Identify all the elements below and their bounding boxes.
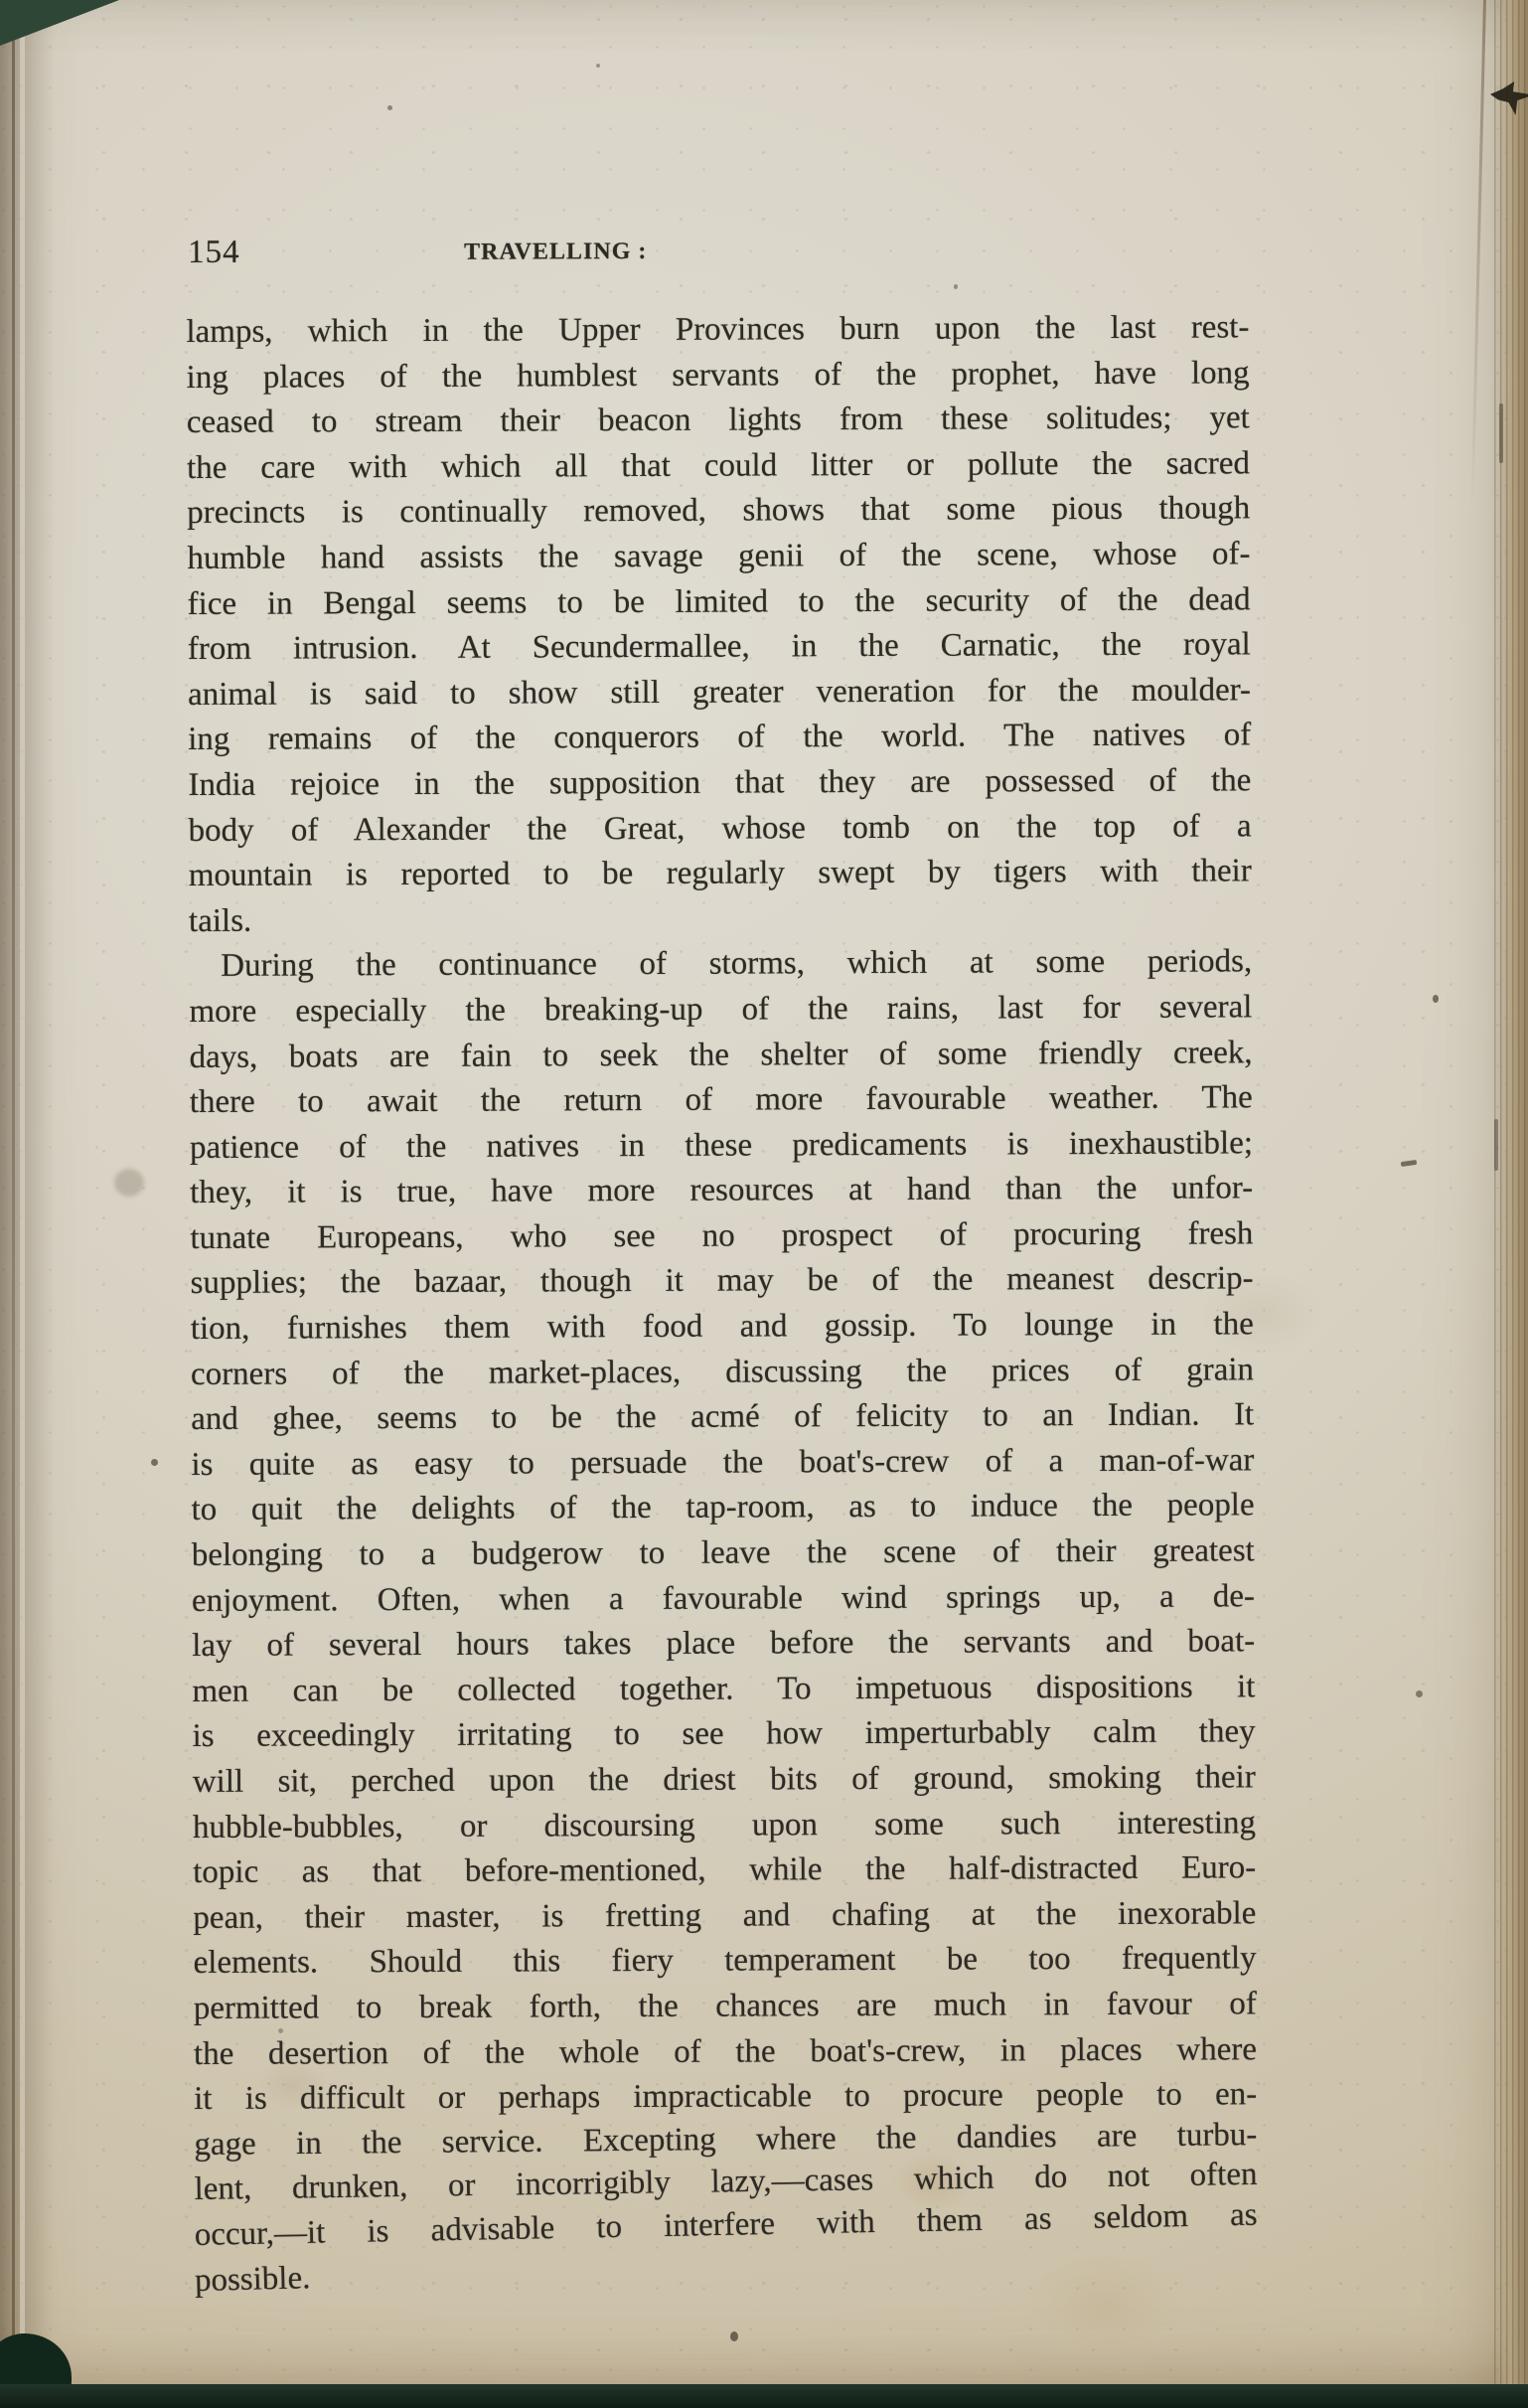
text-line: tails.	[189, 894, 1252, 944]
text-line: fice in Bengal seems to be limited to th…	[188, 577, 1251, 627]
text-line: is exceedingly irritating to see how imp…	[192, 1710, 1255, 1760]
text-line: enjoyment. Often, when a favourable wind…	[192, 1574, 1255, 1624]
text-line: patience of the natives in these predica…	[190, 1121, 1253, 1171]
text-line: tunate Europeans, who see no prospect of…	[190, 1211, 1253, 1261]
paper-speck	[1416, 1690, 1423, 1697]
text-line: ing places of the humblest servants of t…	[187, 351, 1250, 401]
page-number: 154	[188, 235, 240, 271]
left-crease-highlight	[20, 0, 25, 2399]
text-line: the care with which all that could litte…	[187, 441, 1250, 491]
text-line: ing remains of the conquerors of the wor…	[188, 714, 1251, 763]
text-line: mountain is reported to be regularly swe…	[189, 849, 1252, 898]
paper-speck	[387, 105, 392, 110]
text-line: permitted to break forth, the chances ar…	[194, 1982, 1257, 2031]
text-line: men can be collected together. To impetu…	[192, 1665, 1255, 1714]
paper-speck	[596, 64, 600, 68]
text-line: they, it is true, have more resources at…	[190, 1167, 1253, 1216]
text-line: elements. Should this fiery temperament …	[193, 1937, 1256, 1987]
text-line: hubble-bubbles, or discoursing upon some…	[193, 1801, 1256, 1850]
text-line: and ghee, seems to be the acmé of felici…	[191, 1393, 1254, 1443]
paper-smudge	[114, 1169, 144, 1197]
text-line: from intrusion. At Secundermallee, in th…	[188, 622, 1251, 672]
text-line: lamps, which in the Upper Provinces burn…	[186, 305, 1249, 355]
text-line: body of Alexander the Great, whose tomb …	[189, 804, 1252, 854]
running-head-title: TRAVELLING :	[464, 239, 647, 266]
text-line: belonging to a budgerow to leave the sce…	[192, 1528, 1255, 1578]
page-edge-stack	[1494, 0, 1528, 2399]
text-line: to quit the delights of the tap-room, as…	[192, 1484, 1255, 1533]
text-line: is quite as easy to persuade the boat's-…	[191, 1438, 1254, 1488]
printed-page-content: 154 TRAVELLING : lamps, which in the Upp…	[186, 230, 1258, 2304]
text-line: ceased to stream their beacon lights fro…	[187, 397, 1250, 446]
text-line: India rejoice in the supposition that th…	[188, 758, 1251, 808]
text-line: lay of several hours takes place before …	[192, 1620, 1255, 1670]
margin-dash-mark	[1401, 1160, 1418, 1167]
text-line: humble hand assists the savage genii of …	[187, 532, 1250, 581]
paper-speck	[151, 1459, 158, 1466]
text-line: pean, their master, is fretting and chaf…	[193, 1891, 1256, 1941]
text-line: supplies; the bazaar, though it may be o…	[191, 1257, 1254, 1307]
text-line: tion, furnishes them with food and gossi…	[191, 1302, 1254, 1352]
table-surface-strip	[0, 2384, 1528, 2408]
text-line: will sit, perched upon the driest bits o…	[193, 1755, 1256, 1805]
paper-speck	[730, 2331, 738, 2341]
text-line: the desertion of the whole of the boat's…	[194, 2027, 1257, 2077]
text-line: days, boats are fain to seek the shelter…	[190, 1031, 1253, 1080]
left-crease-line	[12, 0, 15, 2399]
photo-of-book-page: 154 TRAVELLING : lamps, which in the Upp…	[0, 0, 1528, 2408]
paragraph: During the continuance of storms, which …	[189, 940, 1258, 2304]
text-line: During the continuance of storms, which …	[189, 940, 1252, 990]
edge-crease-dash	[1499, 403, 1503, 463]
right-crease-line	[1471, 0, 1487, 507]
text-line: corners of the market-places, discussing…	[191, 1348, 1254, 1397]
page-text: lamps, which in the Upper Provinces burn…	[186, 305, 1258, 2304]
running-header: 154 TRAVELLING :	[186, 230, 1249, 268]
text-line: topic as that before-mentioned, while th…	[193, 1846, 1256, 1896]
paragraph: lamps, which in the Upper Provinces burn…	[186, 305, 1252, 944]
text-line: there to await the return of more favour…	[190, 1075, 1253, 1125]
paper-speck	[1433, 995, 1439, 1003]
text-line: precincts is continually removed, shows …	[187, 487, 1250, 537]
text-line: more especially the breaking-up of the r…	[189, 985, 1252, 1035]
binding-gutter-shadow	[0, 0, 54, 2399]
edge-crease-dash	[1494, 1119, 1498, 1171]
text-line: animal is said to show still greater ven…	[188, 668, 1251, 718]
